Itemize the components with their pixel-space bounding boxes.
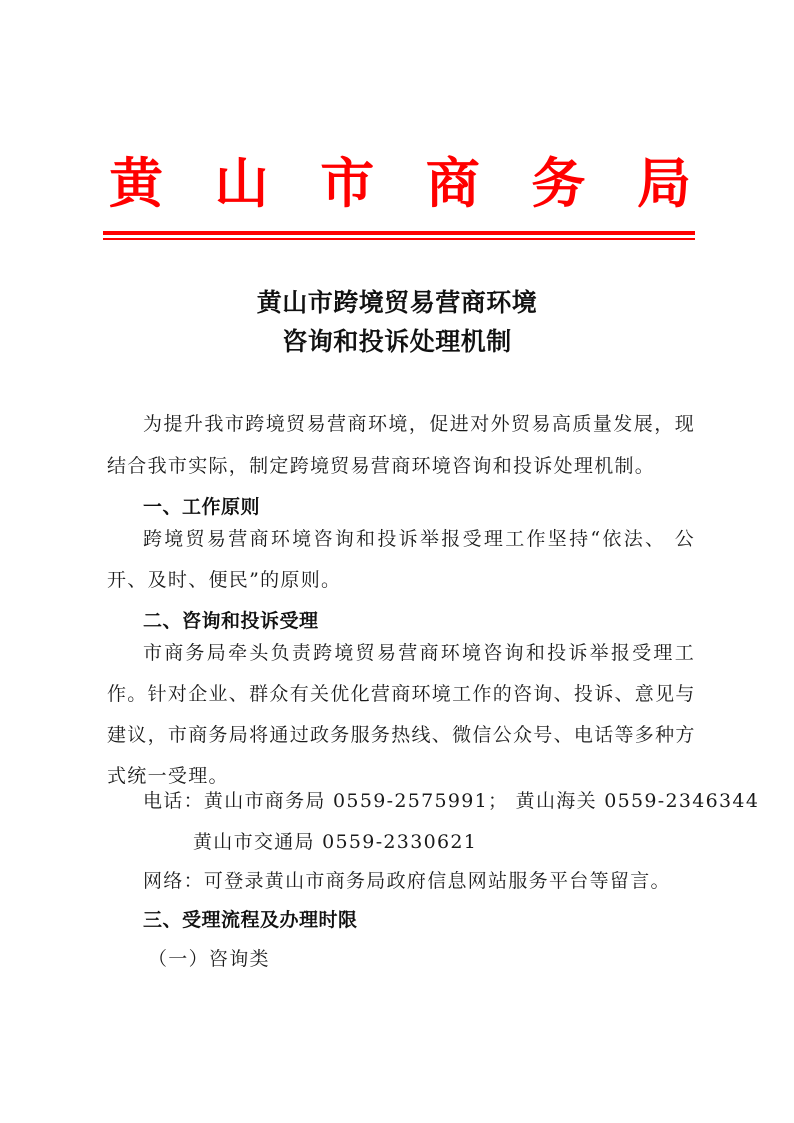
network-line: 网络：可登录黄山市商务局政府信息网站服务平台等留言。 [143,866,733,893]
section-heading: 三、受理流程及办理时限 [143,905,358,932]
intro-paragraph-line: 为提升我市跨境贸易营商环境，促进对外贸易高质量发展，现 [143,409,695,436]
masthead-char: 商 [421,148,485,218]
section2-paragraph-line: 市商务局牵头负责跨境贸易营商环境咨询和投诉举报受理工 [143,638,695,665]
section2-paragraph-line: 建议，市商务局将通过政务服务热线、微信公众号、电话等多种方 [107,720,695,747]
section-heading: 一、工作原则 [143,492,260,519]
phone-line: 黄山市交通局 0559-2330621 [193,827,783,854]
document-title-line2: 咨询和投诉处理机制 [0,322,794,358]
section2-paragraph-line: 式统一受理。 [107,761,697,788]
section2-paragraph-line: 作。针对企业、群众有关优化营商环境工作的咨询、投诉、意见与 [107,679,695,706]
subsection-heading: （一）咨询类 [148,944,738,971]
red-divider-thick [103,231,695,235]
masthead-char: 山 [210,148,274,218]
section1-paragraph-line: 跨境贸易营商环境咨询和投诉举报受理工作坚持“依法、 公 [143,524,695,551]
masthead-char: 局 [632,148,696,218]
section1-paragraph-line: 开、及时、便民”的原则。 [107,565,697,592]
masthead-char: 黄 [104,148,168,218]
document-page: 黄 山 市 商 务 局 黄山市跨境贸易营商环境 咨询和投诉处理机制 为提升我市跨… [0,0,794,1123]
section-heading: 二、咨询和投诉受理 [143,606,319,633]
masthead-char: 市 [315,148,379,218]
intro-paragraph-line: 结合我市实际，制定跨境贸易营商环境咨询和投诉处理机制。 [107,451,697,478]
masthead-title: 黄 山 市 商 务 局 [104,148,696,218]
masthead-char: 务 [526,148,590,218]
red-divider-thin [103,238,695,240]
document-title-line1: 黄山市跨境贸易营商环境 [0,283,794,319]
phone-line: 电话：黄山市商务局 0559-2575991； 黄山海关 0559-234634… [143,786,699,813]
